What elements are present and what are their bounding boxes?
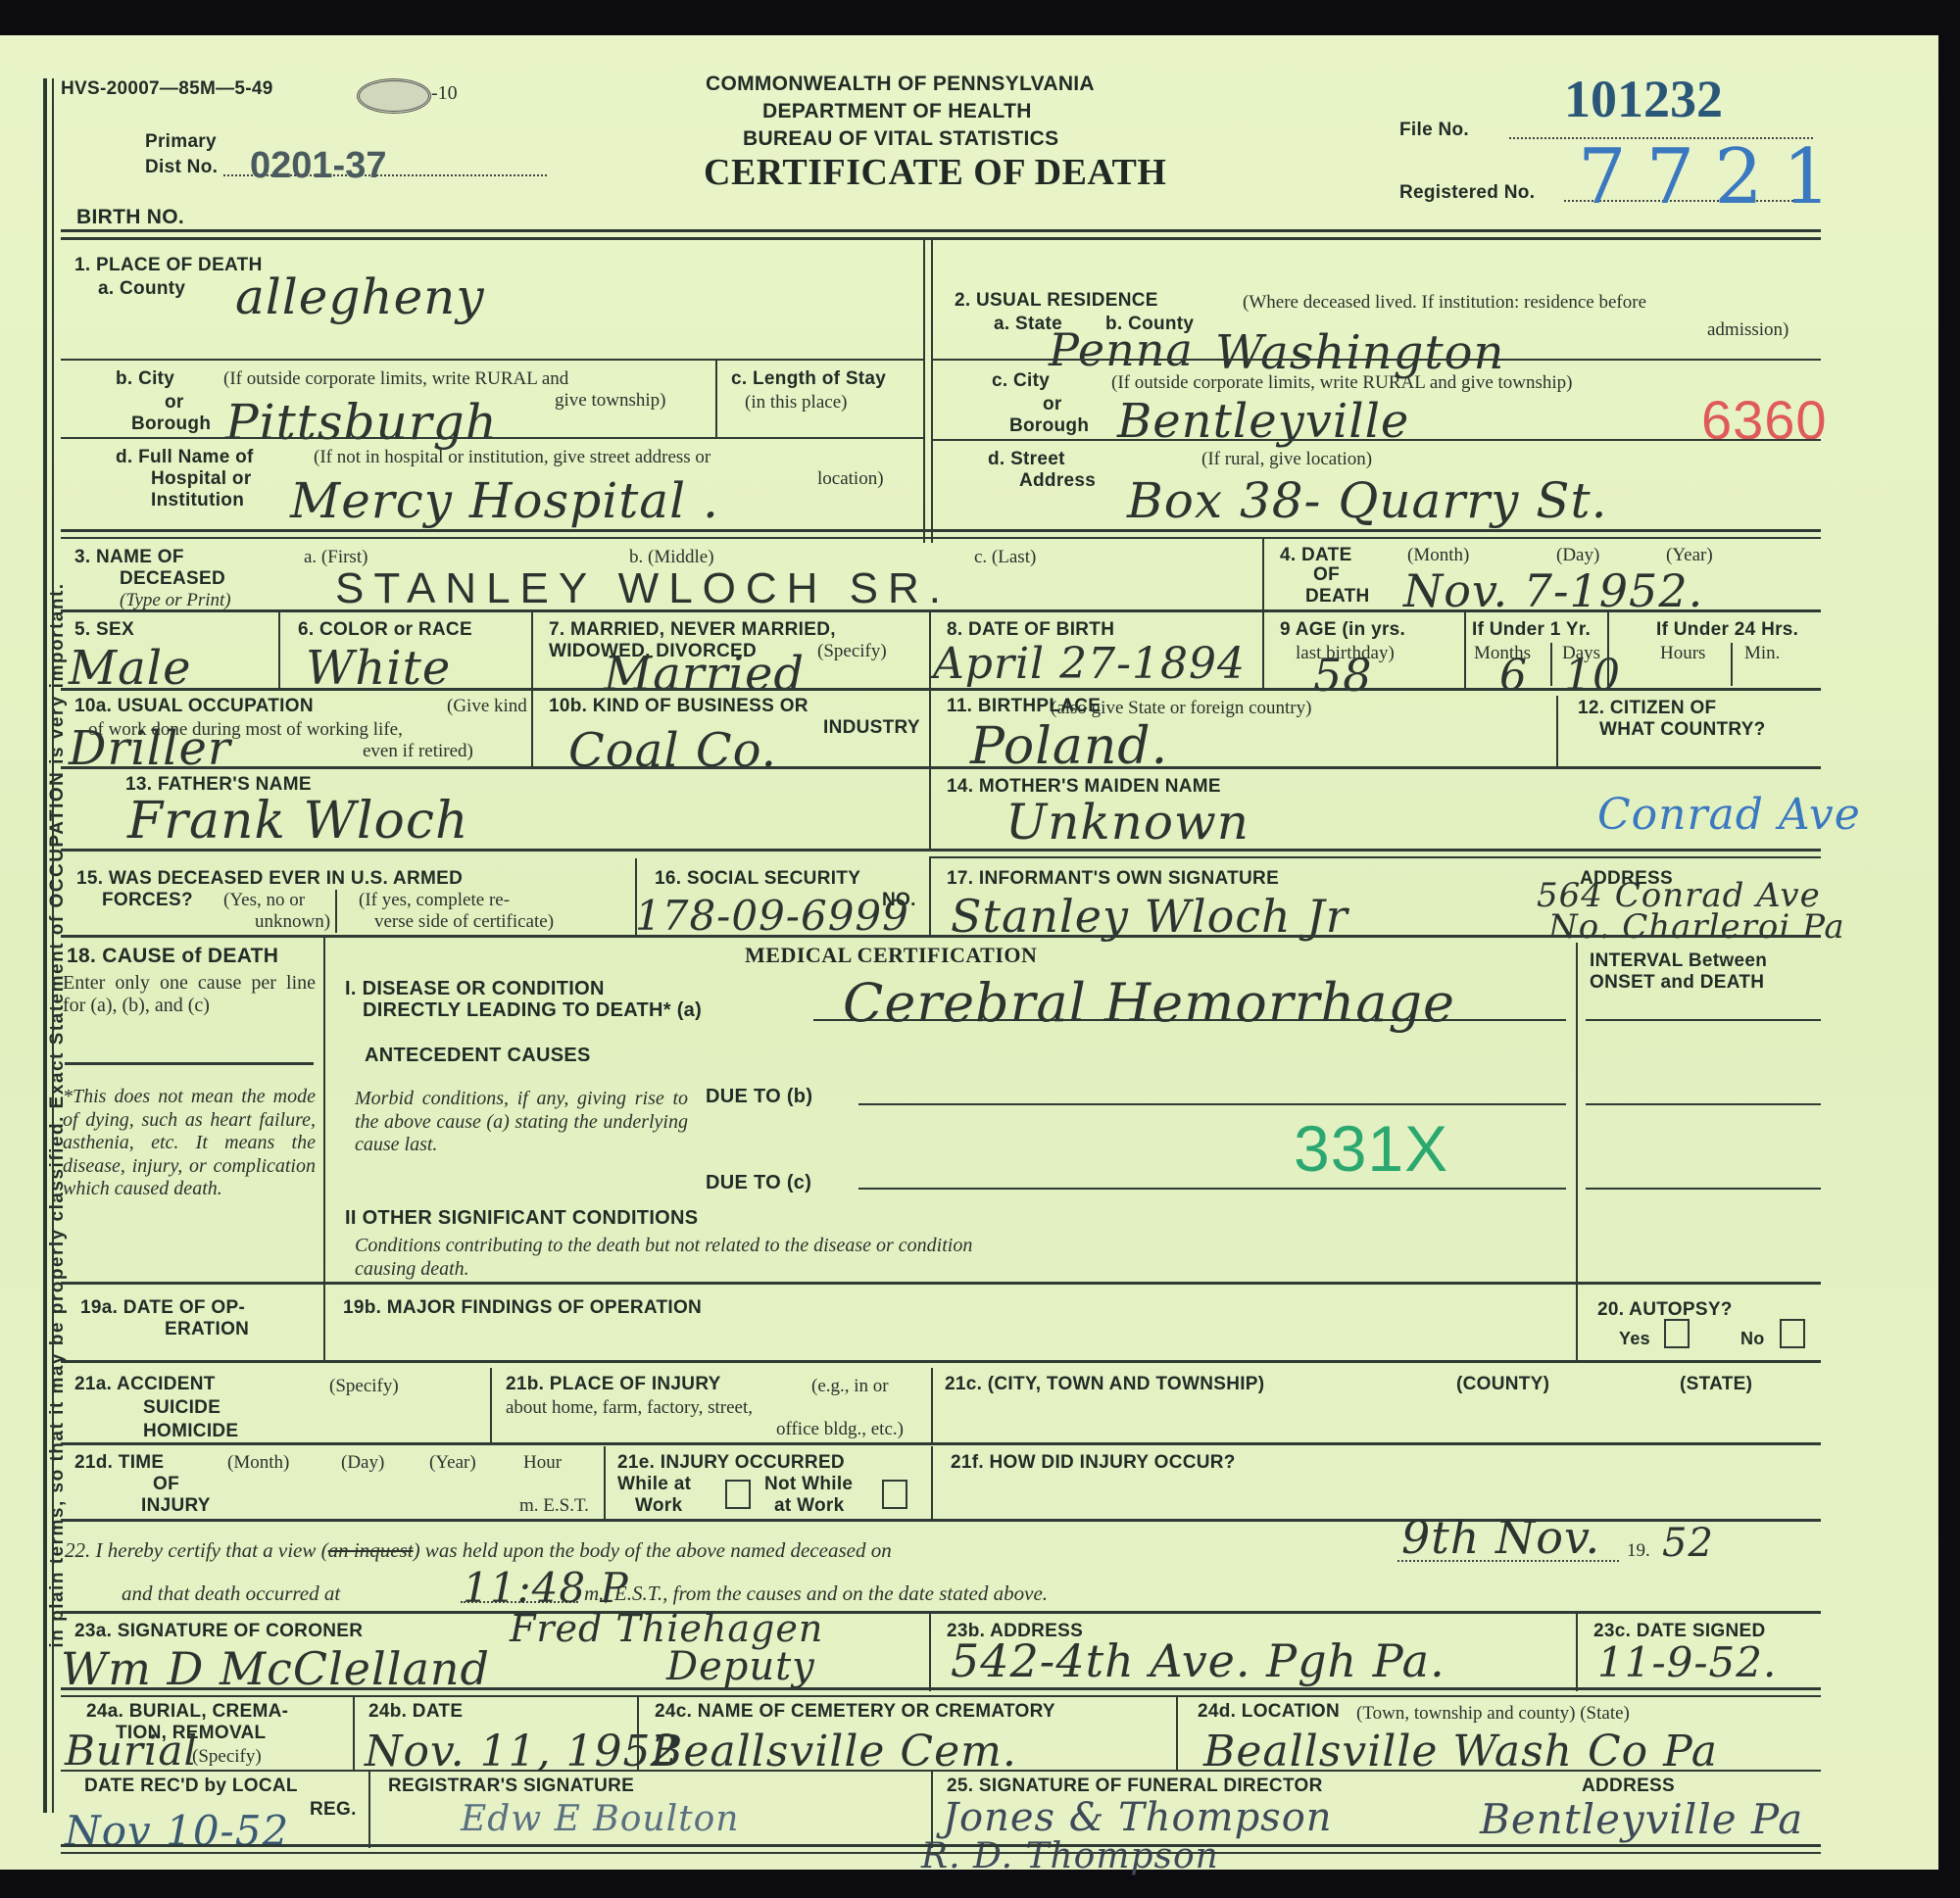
funeral-director-signature-2: R. D. Thompson — [921, 1836, 1219, 1876]
form-code: HVS-20007—85M—5-49 — [61, 78, 273, 100]
hospital-value: Mercy Hospital . — [290, 472, 719, 529]
mother-annotation: Conrad Ave — [1597, 790, 1861, 840]
file-no-label: File No. — [1399, 120, 1469, 141]
age-days-value: 10 — [1564, 651, 1621, 701]
father-name-value: Frank Wloch — [127, 792, 468, 851]
autopsy-yes-checkbox[interactable] — [1664, 1319, 1690, 1348]
agency-line3: BUREAU OF VITAL STATISTICS — [743, 127, 1058, 151]
medical-certification-title: MEDICAL CERTIFICATION — [745, 943, 1037, 968]
industry-value: Coal Co. — [568, 723, 777, 778]
place-of-death-label: 1. PLACE OF DEATH — [74, 255, 263, 276]
registered-no-value: 7721 — [1578, 133, 1851, 221]
mother-name-value: Unknown — [1005, 794, 1249, 851]
injury-while-at-work-checkbox[interactable] — [725, 1480, 751, 1509]
view-date-value: 9th Nov. — [1401, 1511, 1600, 1564]
funeral-director-signature: Jones & Thompson — [943, 1795, 1333, 1840]
burial-method-value: Burial — [65, 1727, 198, 1775]
autopsy-no-checkbox[interactable] — [1780, 1319, 1805, 1348]
residence-label: 2. USUAL RESIDENCE — [955, 290, 1158, 312]
residence-street-value: Box 38- Quarry St. — [1127, 472, 1608, 529]
birth-no-label: BIRTH NO. — [76, 206, 184, 229]
funeral-address-value: Bentleyville Pa — [1480, 1795, 1803, 1843]
deputy-title: Deputy — [666, 1644, 815, 1689]
dist-no-value: 0201-37 — [250, 145, 386, 187]
residence-city-code: 6360 — [1701, 388, 1828, 452]
age-months-value: 6 — [1499, 651, 1528, 701]
deceased-name-value: STANLEY WLOCH SR. — [335, 564, 951, 613]
seal-suffix: -10 — [431, 82, 458, 105]
death-county-label: a. County — [98, 278, 185, 300]
coroner-address-value: 542-4th Ave. Pgh Pa. — [951, 1634, 1445, 1687]
view-year-value: 52 — [1662, 1521, 1714, 1566]
union-seal-icon — [357, 78, 431, 114]
agency-line2: DEPARTMENT OF HEALTH — [762, 100, 1032, 123]
certificate-title: CERTIFICATE OF DEATH — [704, 151, 1166, 194]
birth-date-value: April 27-1894 — [933, 639, 1246, 689]
injury-not-at-work-checkbox[interactable] — [882, 1480, 907, 1509]
date-received-value: Nov 10-52 — [65, 1807, 289, 1855]
coroner-date-value: 11-9-52. — [1597, 1638, 1777, 1686]
primary-label: Primary — [145, 131, 217, 153]
death-certificate: in plain terms, so that it may be proper… — [0, 35, 1938, 1870]
cause-code: 331X — [1294, 1111, 1448, 1186]
age-value: 58 — [1313, 649, 1373, 702]
marital-value: Married — [604, 647, 805, 702]
death-city-value: Pittsburgh — [225, 394, 498, 451]
left-border — [43, 78, 47, 1813]
left-border-inner — [52, 78, 54, 1813]
file-no-value: 101232 — [1564, 69, 1723, 129]
disease-value: Cerebral Hemorrhage — [843, 972, 1455, 1034]
certification-line1: 22. I hereby certify that a view (an inq… — [65, 1538, 892, 1563]
ssn-value: 178-09-6999 — [635, 892, 909, 940]
agency-line1: COMMONWEALTH OF PENNSYLVANIA — [706, 73, 1095, 96]
dist-no-label: Dist No. — [145, 157, 218, 178]
registered-no-label: Registered No. — [1399, 182, 1535, 204]
death-county-value: allegheny — [235, 268, 485, 325]
registrar-signature: Edw E Boulton — [461, 1799, 739, 1839]
informant-address-line2: No. Charleroi Pa — [1548, 907, 1845, 947]
